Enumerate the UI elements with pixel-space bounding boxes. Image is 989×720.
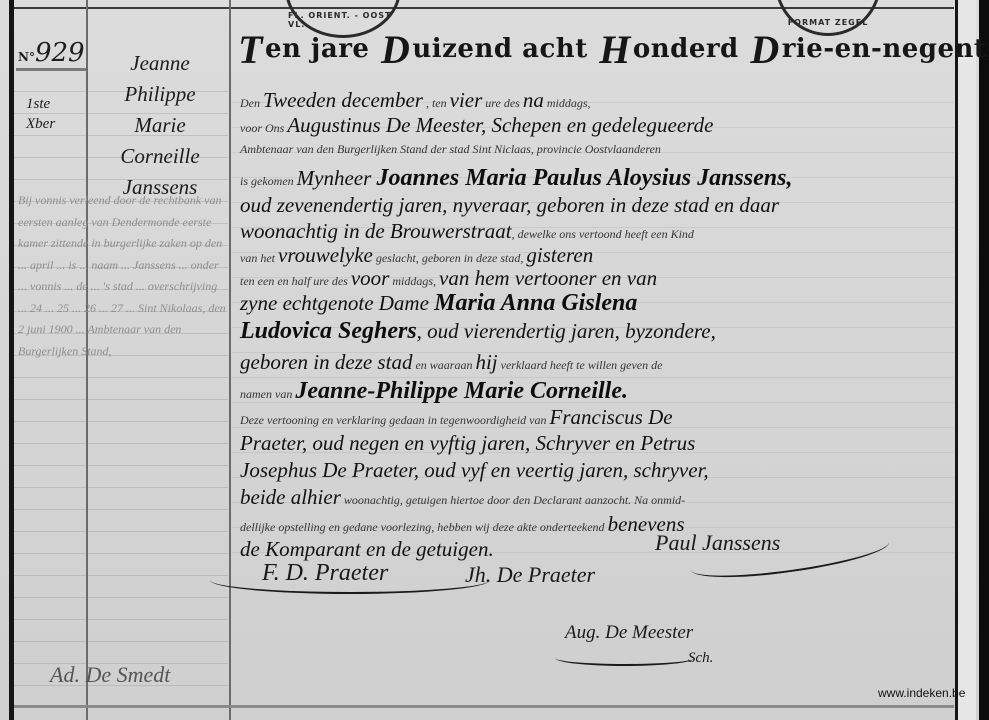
certificate-line: dellijke opstelling en gedane voorlezing… xyxy=(240,512,955,537)
certificate-line: van het vrouwelyke geslacht, geboren in … xyxy=(240,243,955,268)
certificate-line: geboren in deze stad en waaraan hij verk… xyxy=(240,350,955,375)
act-date-month: Xber xyxy=(26,114,55,134)
signature-flourish xyxy=(555,650,695,666)
certificate-line: zyne echtgenote Dame Maria Anna Gislena xyxy=(240,290,955,317)
printed-text: , dewelke ons vertoond heeft een Kind xyxy=(512,227,694,241)
certificate-line: Den Tweeden december , ten vier ure des … xyxy=(240,88,955,113)
printed-text: , ten xyxy=(423,96,450,110)
handwritten-text: Jeanne-Philippe Marie Corneille. xyxy=(295,378,628,404)
handwritten-text: Ludovica Seghers xyxy=(240,318,417,344)
handwritten-text: vier xyxy=(450,88,483,112)
child-name-margin: Jeanne Philippe Marie Corneille Janssens xyxy=(90,48,230,203)
printed-text: Deze vertooning en verklaring gedaan in … xyxy=(240,413,550,427)
handwritten-text: Maria Anna Gislena xyxy=(434,290,637,316)
signature-witness-2: Jh. De Praeter xyxy=(465,562,595,588)
certificate-line: namen van Jeanne-Philippe Marie Corneill… xyxy=(240,378,955,405)
act-number: N°929 xyxy=(18,38,85,68)
handwritten-text: Mynheer xyxy=(297,166,377,190)
child-name-line: Philippe xyxy=(90,79,230,110)
signature-flourish xyxy=(210,566,490,594)
printed-text: van het xyxy=(240,251,278,265)
printed-text: en waaraan xyxy=(412,358,475,372)
handwritten-text: geboren in deze stad xyxy=(240,350,412,374)
handwritten-text: zyne echtgenote Dame xyxy=(240,291,434,315)
certificate-line: oud zevenendertig jaren, nyveraar, gebor… xyxy=(240,193,955,218)
heading-text: rie-en-negentig, xyxy=(782,34,989,64)
printed-text: voor Ons xyxy=(240,121,287,135)
handwritten-text: Augustinus De Meester, Schepen en gedele… xyxy=(287,113,713,137)
act-date-day: 1ste xyxy=(26,94,55,114)
right-margin-strip xyxy=(958,0,976,720)
act-number-prefix: N° xyxy=(18,50,35,64)
handwritten-text: Tweeden december xyxy=(263,88,423,112)
printed-text: geslacht, geboren in deze stad, xyxy=(373,251,527,265)
printed-text: Den xyxy=(240,96,263,110)
certificate-line: beide alhier woonachtig, getuigen hierto… xyxy=(240,485,955,510)
handwritten-text: vrouwelyke xyxy=(278,243,373,267)
left-border xyxy=(9,0,14,720)
child-name-line: Corneille xyxy=(90,141,230,172)
printed-text: Ambtenaar van den Burgerlijken Stand der… xyxy=(240,142,661,156)
certificate-line: Josephus De Praeter, oud vyf en veertig … xyxy=(240,458,955,483)
handwritten-text: van hem vertooner en van xyxy=(439,266,657,290)
certificate-line: Ludovica Seghers, oud vierendertig jaren… xyxy=(240,318,955,345)
handwritten-text: gisteren xyxy=(526,243,593,267)
certificate-line: woonachtig in de Brouwerstraat, dewelke … xyxy=(240,219,955,244)
act-number-value: 929 xyxy=(35,38,85,68)
printed-text: middags, xyxy=(544,96,591,110)
bottom-rule xyxy=(14,705,954,708)
handwritten-text: , oud vierendertig jaren, byzondere, xyxy=(417,319,716,343)
heading-text: onderd xyxy=(633,34,739,64)
printed-text: dellijke opstelling en gedane voorlezing… xyxy=(240,520,608,534)
heading-text: en jare xyxy=(265,34,370,64)
child-name-line: Marie xyxy=(90,110,230,141)
printed-text: ure des xyxy=(482,96,523,110)
scan-edge xyxy=(979,0,989,720)
handwritten-text: Joannes Maria Paulus Aloysius Janssens, xyxy=(377,165,793,191)
printed-text: is gekomen xyxy=(240,174,297,188)
act-date: 1ste Xber xyxy=(26,94,55,134)
heading-initial: D xyxy=(750,26,779,73)
certificate-line: Ambtenaar van den Burgerlijken Stand der… xyxy=(240,140,955,158)
number-underline xyxy=(16,68,86,71)
watermark-link[interactable]: www.indeken.be xyxy=(878,686,965,700)
handwritten-text: oud zevenendertig jaren, nyveraar, gebor… xyxy=(240,193,779,217)
handwritten-text: hij xyxy=(475,350,497,374)
handwritten-text: voor xyxy=(351,266,390,290)
handwritten-text: Josephus De Praeter, oud vyf en veertig … xyxy=(240,458,709,482)
handwritten-text: de Komparant en de getuigen. xyxy=(240,537,494,561)
heading-initial: H xyxy=(599,26,631,73)
printed-text: namen van xyxy=(240,387,295,401)
heading-text: uizend acht xyxy=(412,34,587,64)
document-page: FL. ORIENT. - OOST VL. FORMAT ZEGEL N°92… xyxy=(0,0,989,720)
printed-text: ten een en half ure des xyxy=(240,274,351,288)
handwritten-text: beide alhier xyxy=(240,485,341,509)
child-name-line: Jeanne xyxy=(90,48,230,79)
marginal-signature: Ad. De Smedt xyxy=(50,662,170,688)
certificate-line: Praeter, oud negen en vyftig jaren, Schr… xyxy=(240,431,955,456)
marginal-annotation: Bij vonnis verleend door de rechtbank va… xyxy=(18,190,228,610)
document-heading: Ten jare Duizend acht Honderd Drie-en-ne… xyxy=(236,26,956,70)
handwritten-text: Praeter, oud negen en vyftig jaren, Schr… xyxy=(240,431,695,455)
heading-initial: D xyxy=(381,26,410,73)
printed-text: woonachtig, getuigen hiertoe door den De… xyxy=(341,493,685,507)
handwritten-text: na xyxy=(523,88,544,112)
printed-text: verklaard heeft te willen geven de xyxy=(498,358,663,372)
certificate-line: Deze vertooning en verklaring gedaan in … xyxy=(240,405,955,430)
heading-initial: T xyxy=(238,26,263,73)
signature-officer: Aug. De Meester xyxy=(565,622,693,644)
certificate-line: voor Ons Augustinus De Meester, Schepen … xyxy=(240,113,955,138)
handwritten-text: woonachtig in de Brouwerstraat xyxy=(240,219,512,243)
handwritten-text: Franciscus De xyxy=(550,405,673,429)
printed-text: middags, xyxy=(389,274,439,288)
certificate-line: ten een en half ure des voor middags, va… xyxy=(240,266,955,291)
certificate-line: is gekomen Mynheer Joannes Maria Paulus … xyxy=(240,165,955,192)
